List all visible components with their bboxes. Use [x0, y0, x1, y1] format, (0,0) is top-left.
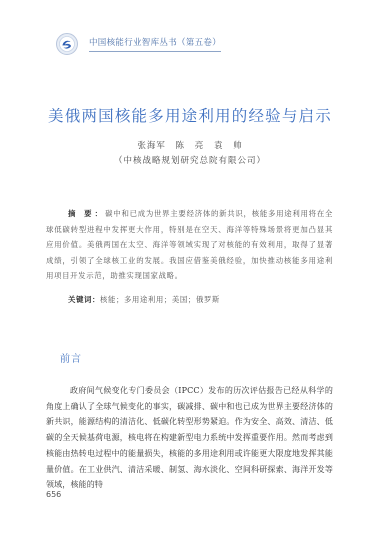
keywords-block: 关键词：核能；多用途利用；美国；俄罗斯	[68, 294, 220, 305]
article-affiliation: （中核战略规划研究总院有限公司）	[0, 154, 380, 166]
abstract-block: 摘 要：碳中和已成为世界主要经济体的新共识，核能多用途利用将在全球低碳转型进程中…	[46, 206, 333, 284]
series-title: 中国核能行业智库丛书（第五卷）	[89, 37, 221, 52]
body-paragraph: 政府间气候变化专门委员会（IPCC）发布的历次评估报告已经从科学的角度上确认了全…	[46, 383, 333, 493]
abstract-text: 碳中和已成为世界主要经济体的新共识，核能多用途利用将在全球低碳转型进程中发挥更大…	[46, 209, 333, 280]
abstract-label: 摘 要：	[68, 209, 105, 218]
page-number: 656	[46, 490, 61, 499]
keywords-label: 关键词：	[68, 295, 100, 304]
keywords-text: 核能；多用途利用；美国；俄罗斯	[100, 295, 220, 304]
article-title: 美俄两国核能多用途利用的经验与启示	[0, 104, 380, 126]
cnea-logo-icon	[56, 33, 78, 55]
article-authors: 张海军 陈 亮 袁 帅	[0, 139, 380, 151]
section-title-preface: 前言	[60, 350, 82, 365]
page-header: 中国核能行业智库丛书（第五卷）	[56, 33, 221, 55]
